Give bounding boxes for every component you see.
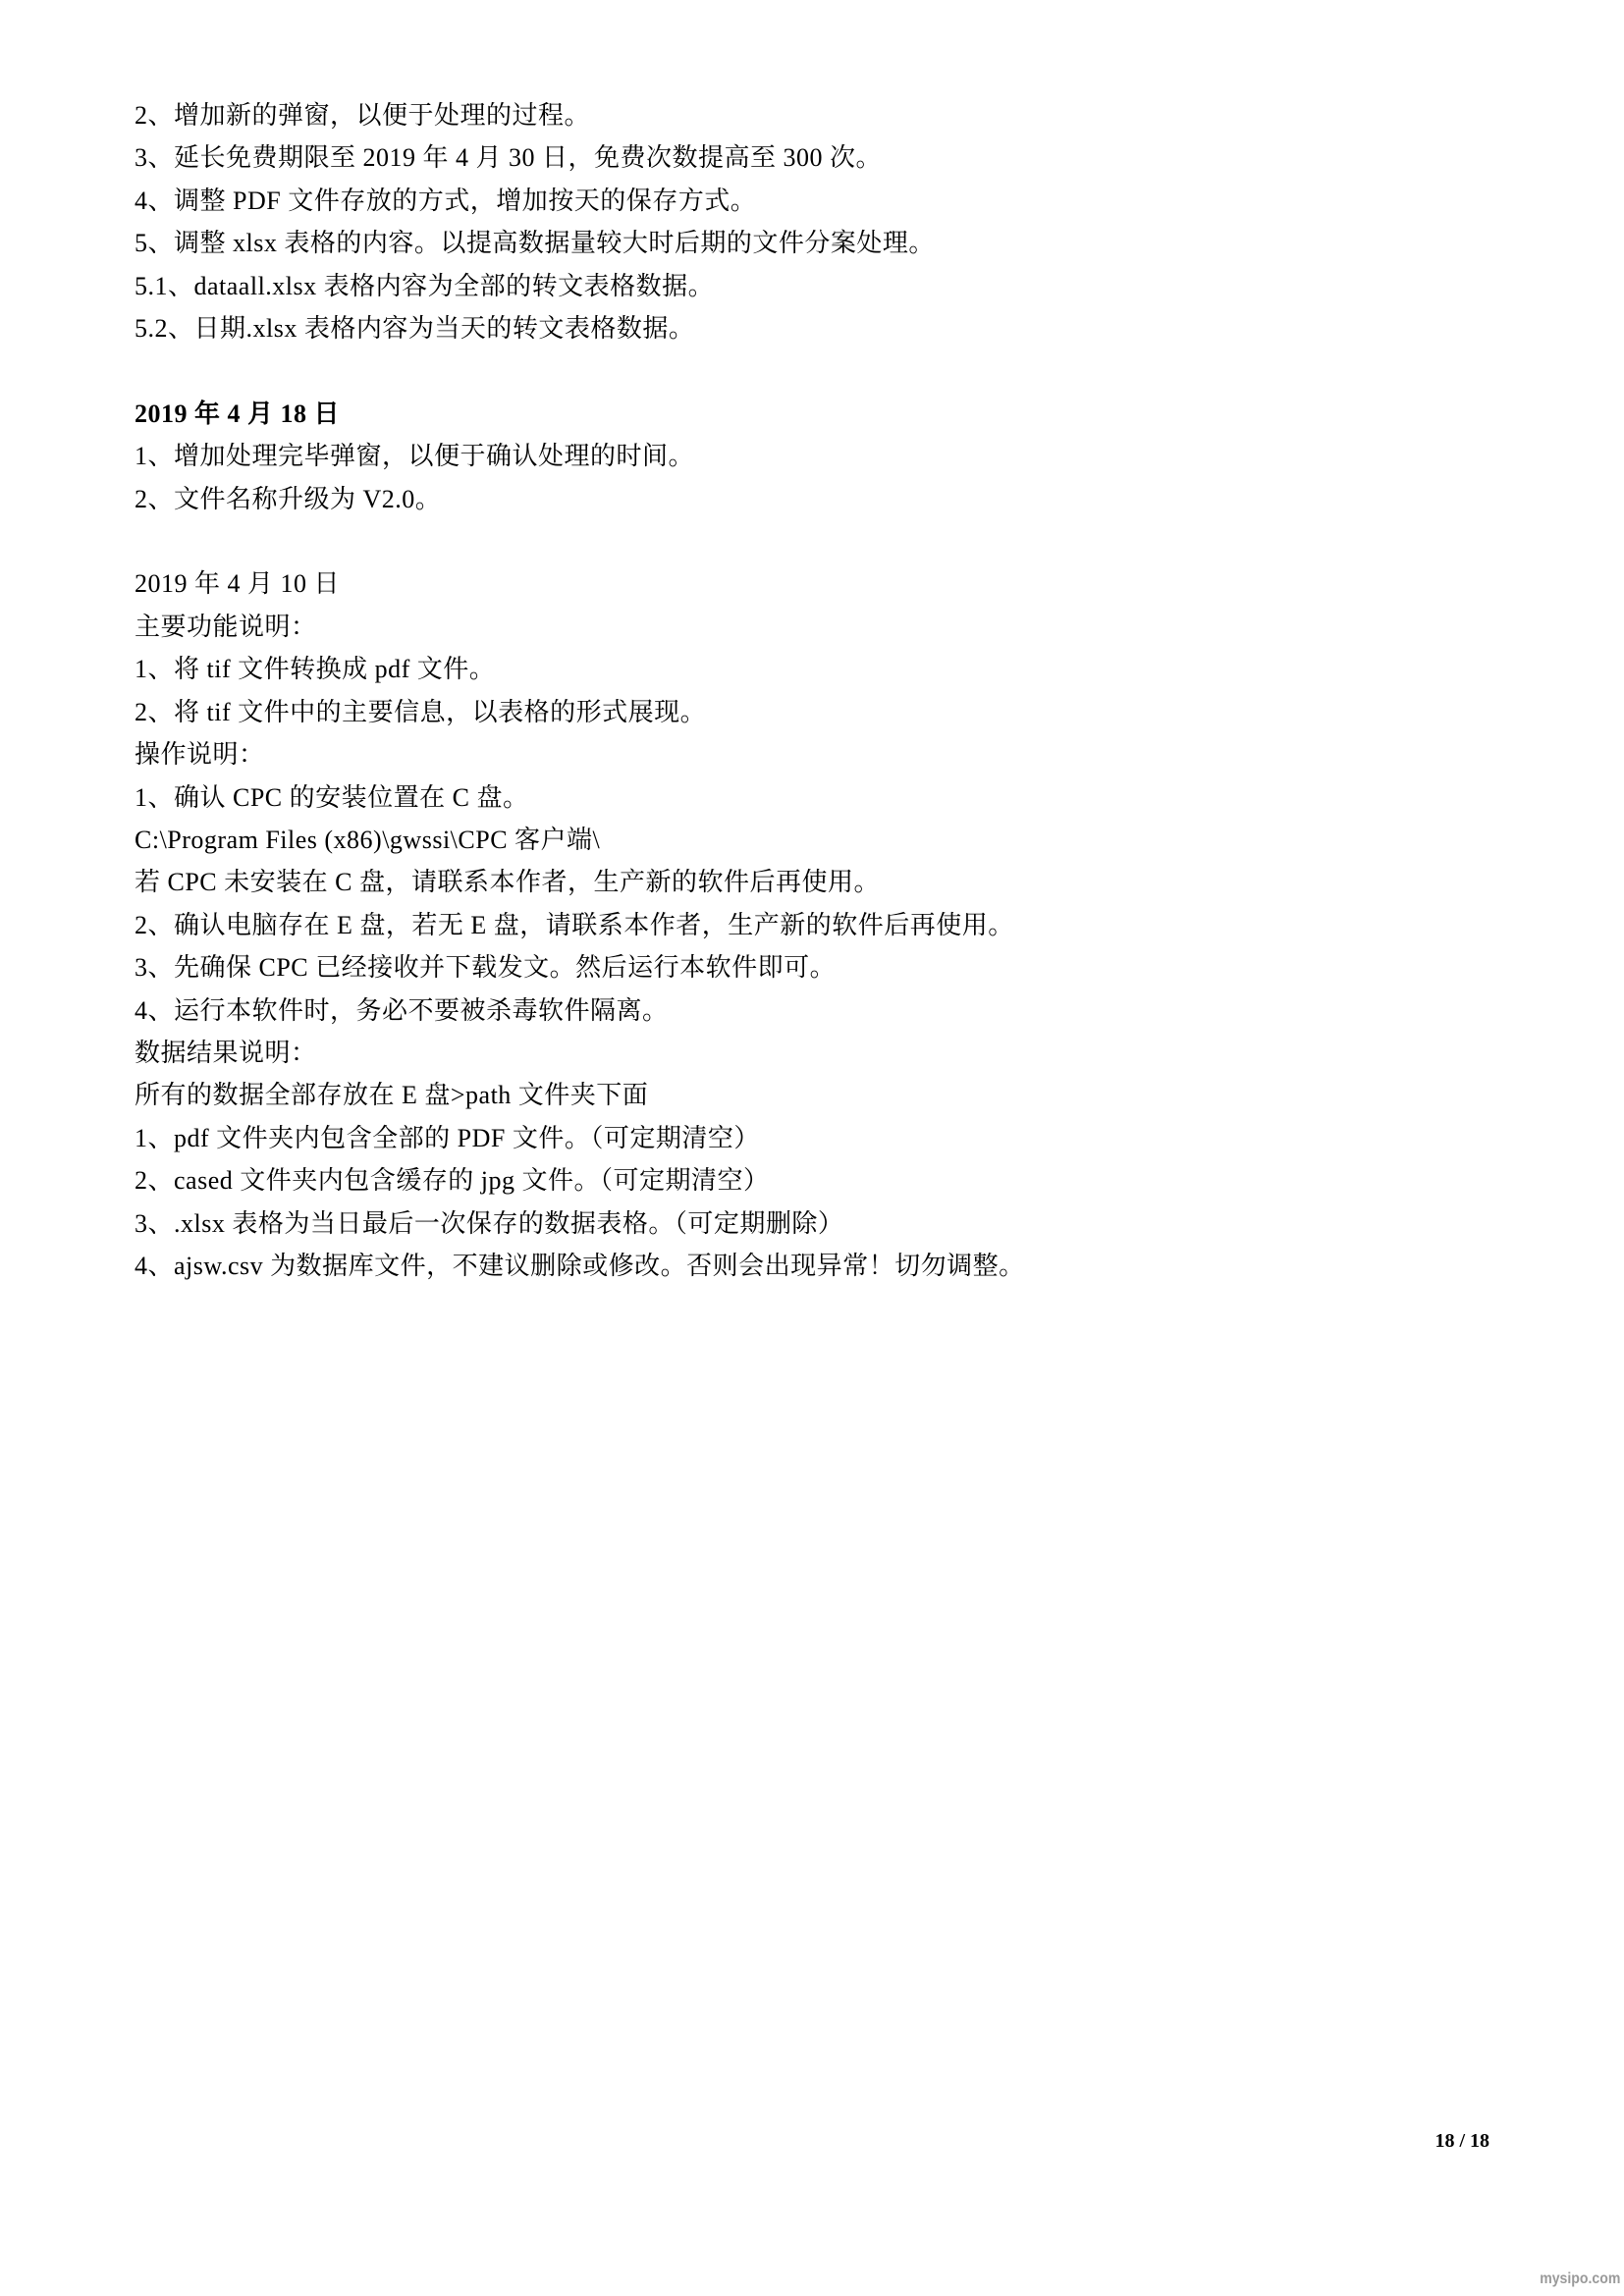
text-line: 3、先确保 CPC 已经接收并下载发文。然后运行本软件即可。 bbox=[135, 946, 1539, 988]
text-line: 3、延长免费期限至 2019 年 4 月 30 日，免费次数提高至 300 次。 bbox=[135, 136, 1539, 179]
document-page: 2、增加新的弹窗，以便于处理的过程。3、延长免费期限至 2019 年 4 月 3… bbox=[0, 0, 1624, 2296]
watermark: mysipo.com bbox=[1540, 2270, 1620, 2288]
text-line: 4、调整 PDF 文件存放的方式，增加按天的保存方式。 bbox=[135, 180, 1539, 222]
blank-line bbox=[135, 349, 1539, 392]
text-line: 所有的数据全部存放在 E 盘>path 文件夹下面 bbox=[135, 1074, 1539, 1116]
text-line: 1、将 tif 文件转换成 pdf 文件。 bbox=[135, 648, 1539, 690]
text-line: 3、.xlsx 表格为当日最后一次保存的数据表格。（可定期删除） bbox=[135, 1202, 1539, 1245]
text-line: 1、确认 CPC 的安装位置在 C 盘。 bbox=[135, 776, 1539, 819]
text-line: 2、将 tif 文件中的主要信息，以表格的形式展现。 bbox=[135, 691, 1539, 733]
text-line: C:\Program Files (x86)\gwssi\CPC 客户端\ bbox=[135, 819, 1539, 861]
text-line: 2、cased 文件夹内包含缓存的 jpg 文件。（可定期清空） bbox=[135, 1159, 1539, 1201]
text-line: 5.1、dataall.xlsx 表格内容为全部的转文表格数据。 bbox=[135, 265, 1539, 307]
text-line: 4、ajsw.csv 为数据库文件，不建议删除或修改。否则会出现异常！切勿调整。 bbox=[135, 1245, 1539, 1287]
text-line: 1、pdf 文件夹内包含全部的 PDF 文件。（可定期清空） bbox=[135, 1117, 1539, 1159]
text-line: 5、调整 xlsx 表格的内容。以提高数据量较大时后期的文件分案处理。 bbox=[135, 222, 1539, 264]
text-line: 4、运行本软件时，务必不要被杀毒软件隔离。 bbox=[135, 989, 1539, 1032]
text-line: 5.2、日期.xlsx 表格内容为当天的转文表格数据。 bbox=[135, 307, 1539, 349]
blank-line bbox=[135, 520, 1539, 562]
text-line: 若 CPC 未安装在 C 盘，请联系本作者，生产新的软件后再使用。 bbox=[135, 861, 1539, 903]
text-line: 主要功能说明： bbox=[135, 606, 1539, 648]
text-line: 操作说明： bbox=[135, 733, 1539, 775]
text-line: 2019 年 4 月 10 日 bbox=[135, 562, 1539, 605]
page-number: 18 / 18 bbox=[1435, 2130, 1489, 2153]
text-line: 1、增加处理完毕弹窗，以便于确认处理的时间。 bbox=[135, 435, 1539, 477]
document-body: 2、增加新的弹窗，以便于处理的过程。3、延长免费期限至 2019 年 4 月 3… bbox=[135, 94, 1539, 1287]
text-line: 2、增加新的弹窗，以便于处理的过程。 bbox=[135, 94, 1539, 136]
text-line: 2、确认电脑存在 E 盘，若无 E 盘，请联系本作者，生产新的软件后再使用。 bbox=[135, 904, 1539, 946]
text-line: 数据结果说明： bbox=[135, 1032, 1539, 1074]
text-line: 2、文件名称升级为 V2.0。 bbox=[135, 478, 1539, 520]
section-heading: 2019 年 4 月 18 日 bbox=[135, 393, 1539, 435]
